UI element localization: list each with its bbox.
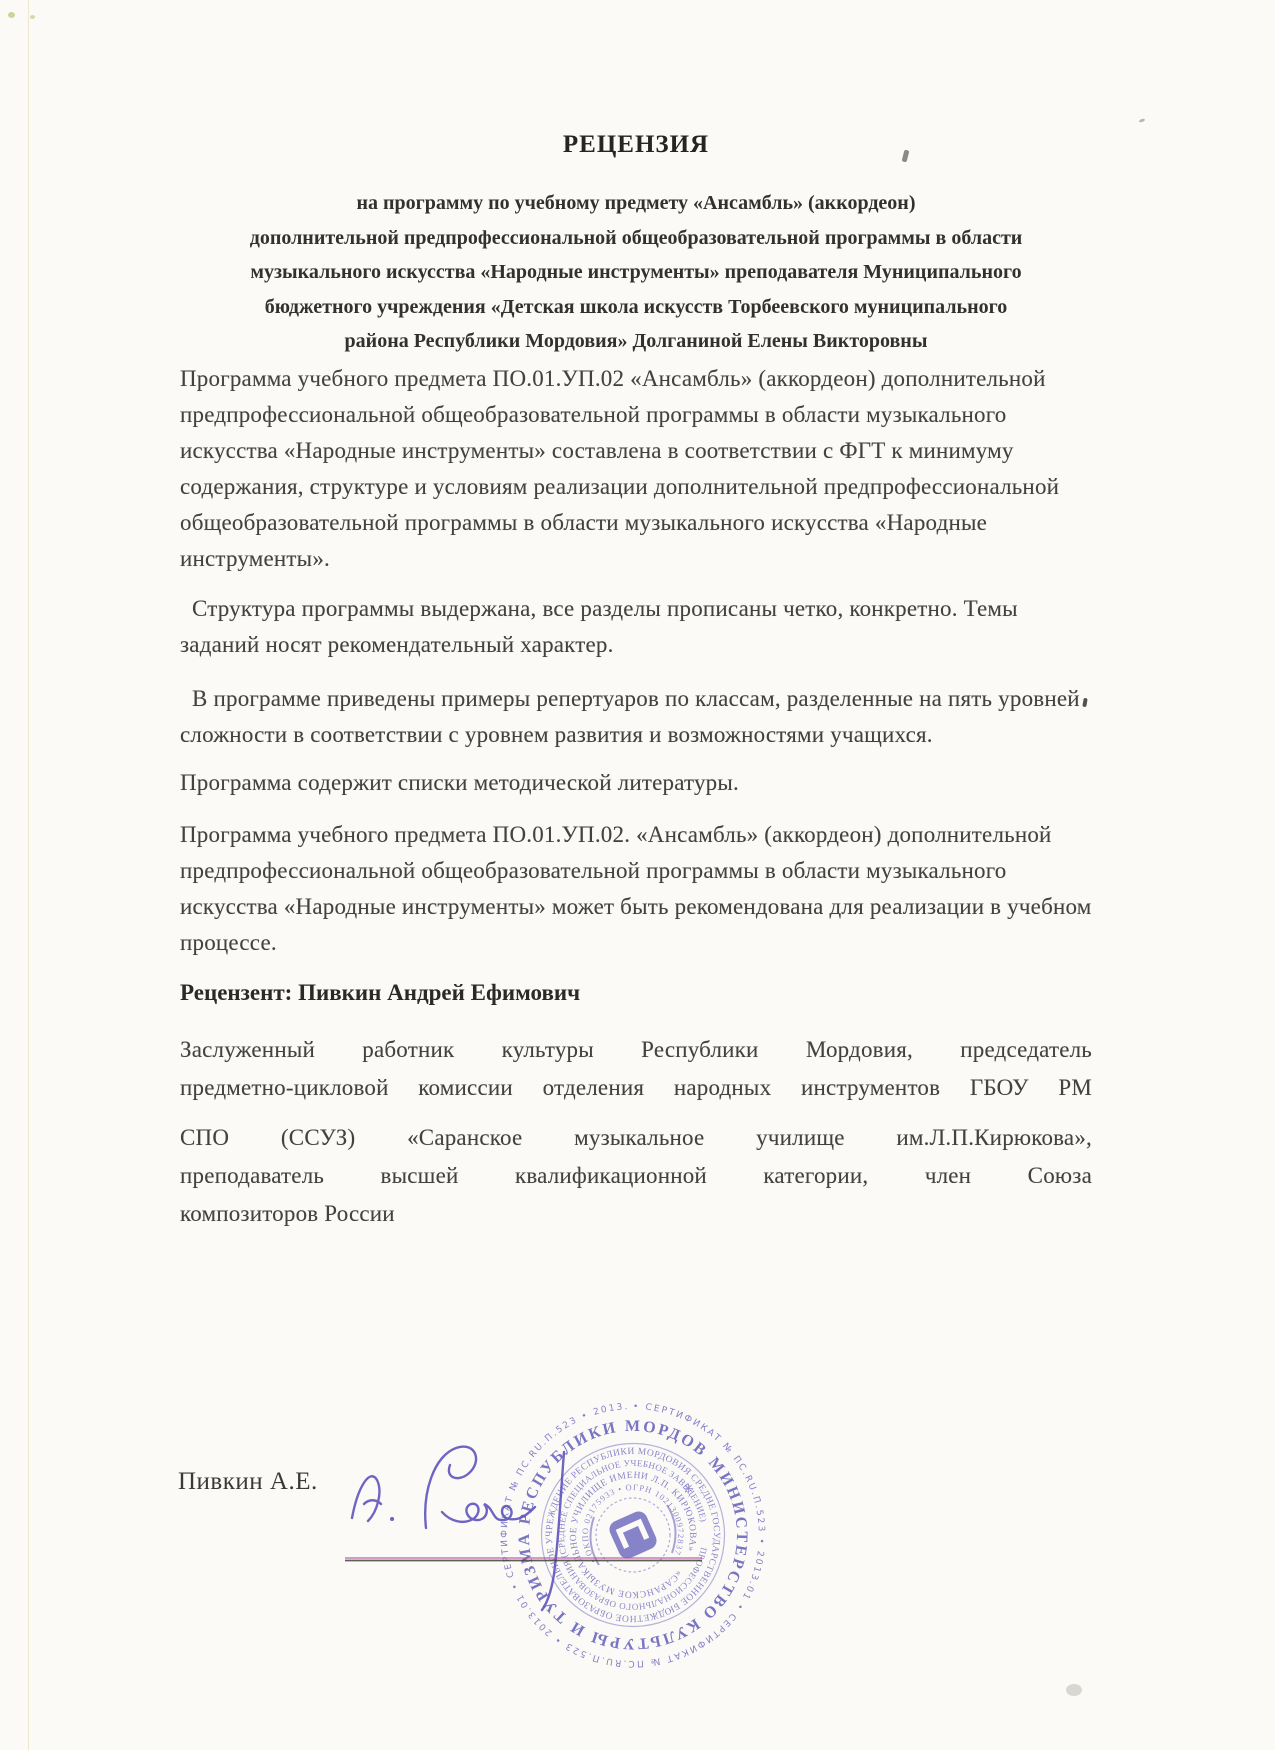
scan-edge-line	[28, 0, 29, 1750]
paragraph-literature: Программа содержит списки методической л…	[180, 765, 1092, 801]
paragraph-recommendation: Программа учебного предмета ПО.01.УП.02.…	[180, 817, 1092, 961]
scanned-review-page: РЕЦЕНЗИЯ на программу по учебному предме…	[0, 0, 1275, 1750]
reviewer-heading: Рецензент: Пивкин Андрей Ефимович	[180, 975, 1092, 1011]
paragraph-program-overview: Программа учебного предмета ПО.01.УП.02 …	[180, 361, 1092, 577]
scan-speck	[1139, 118, 1146, 123]
reviewer-credentials-paragraph: СПО (ССУЗ) «Саранское музыкальное училищ…	[180, 1119, 1092, 1233]
reviewer-affiliation-line: Заслуженный работник культуры Республики…	[180, 1031, 1092, 1069]
subtitle-line: дополнительной предпрофессиональной обще…	[180, 221, 1092, 256]
paragraph-repertoire: В программе приведены примеры репертуаро…	[180, 681, 1092, 753]
subtitle-line: бюджетного учреждения «Детская школа иск…	[180, 290, 1092, 325]
document-subtitle: на программу по учебному предмету «Ансам…	[180, 186, 1092, 359]
signature-flourish	[425, 1447, 535, 1528]
signature-descender	[542, 1452, 564, 1610]
reviewer-credentials-line: композиторов России	[180, 1195, 1092, 1233]
signature-name: Пивкин А.Е.	[178, 1468, 318, 1496]
paragraph-structure: Структура программы выдержана, все разде…	[180, 591, 1092, 663]
reviewer-affiliation-line: предметно-цикловой комиссии отделения на…	[180, 1069, 1092, 1107]
reviewer-affiliation-paragraph: Заслуженный работник культуры Республики…	[180, 1031, 1092, 1107]
subtitle-line: района Республики Мордовия» Долганиной Е…	[180, 324, 1092, 359]
scan-speck	[30, 15, 35, 19]
reviewer-credentials-line: преподаватель высшей квалификационной ка…	[180, 1157, 1092, 1195]
scan-smudge	[1066, 1684, 1082, 1696]
subtitle-line: на программу по учебному предмету «Ансам…	[180, 186, 1092, 221]
subtitle-line: музыкального искусства «Народные инструм…	[180, 255, 1092, 290]
document-title: РЕЦЕНЗИЯ	[180, 130, 1092, 160]
signature-initial	[352, 1476, 381, 1521]
reviewer-credentials-line: СПО (ССУЗ) «Саранское музыкальное училищ…	[180, 1119, 1092, 1157]
handwritten-signature	[330, 1408, 730, 1618]
document-body: РЕЦЕНЗИЯ на программу по учебному предме…	[180, 130, 1092, 1233]
scan-speck	[8, 12, 15, 18]
